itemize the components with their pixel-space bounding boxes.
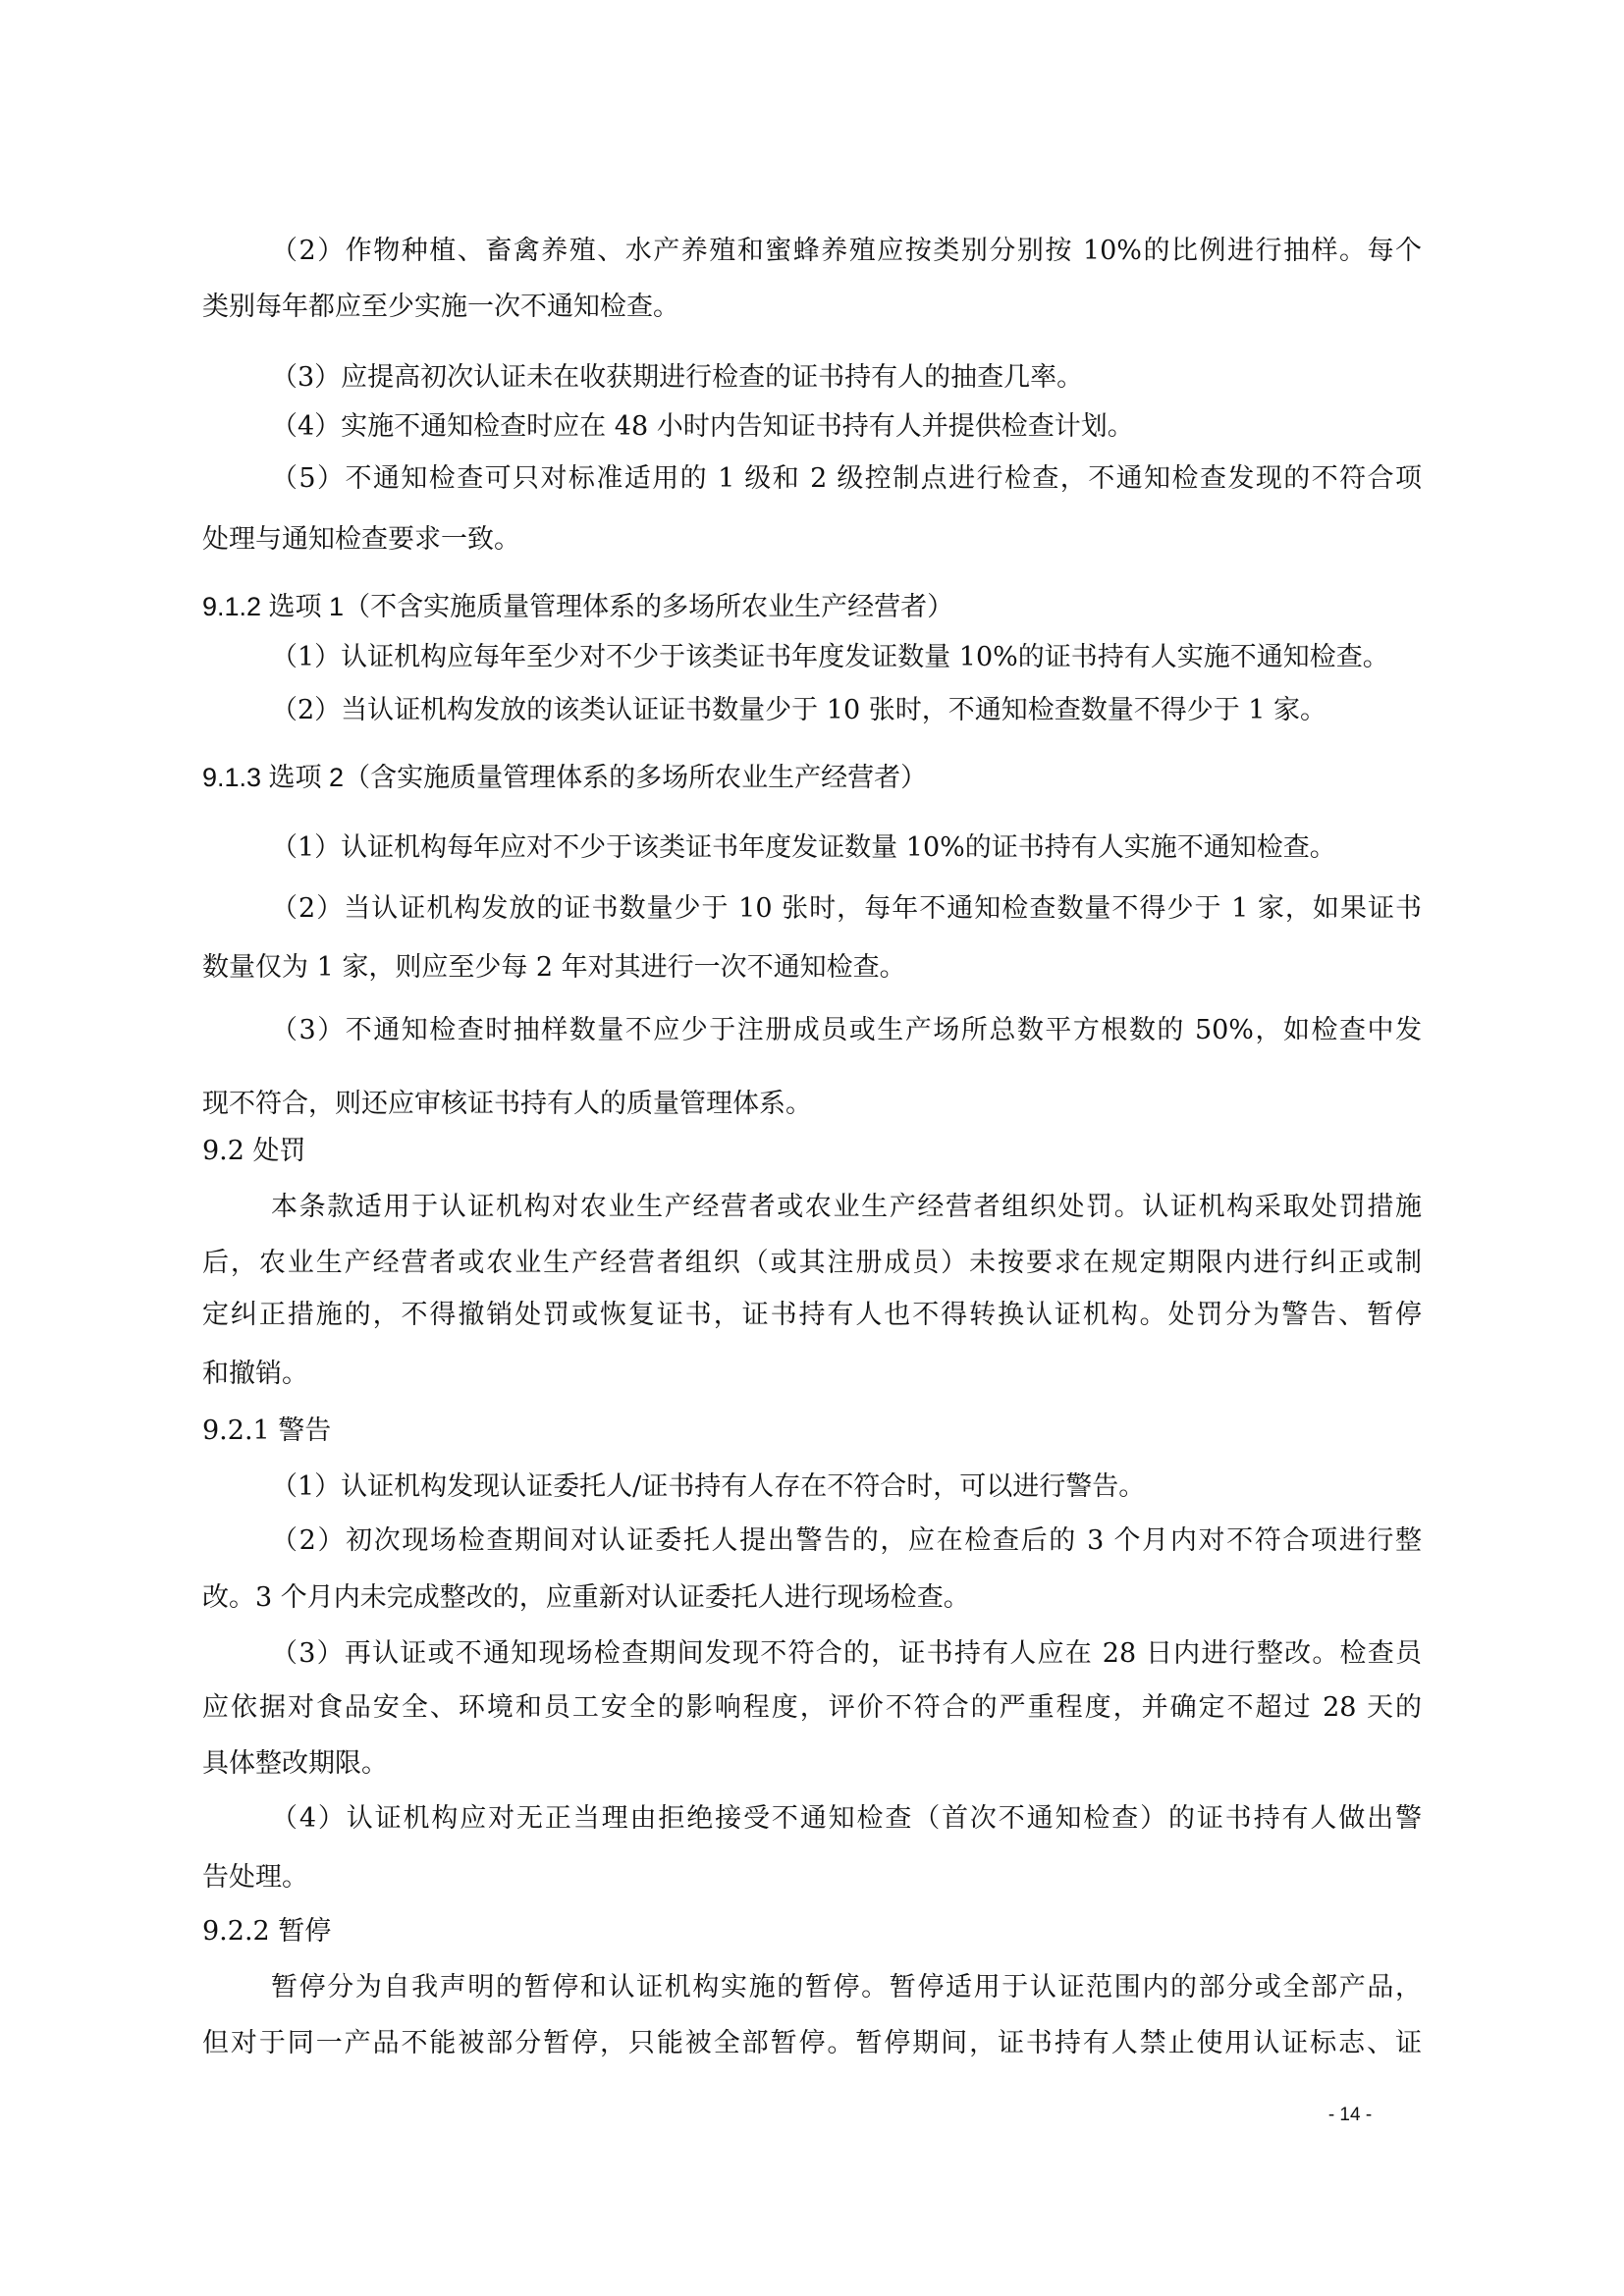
section-heading-9-2-1: 9.2.1 警告: [202, 1414, 1422, 1449]
paragraph-line: （2）初次现场检查期间对认证委托人提出警告的，应在检查后的 3 个月内对不符合项…: [271, 1523, 1422, 1559]
paragraph-line: （3）不通知检查时抽样数量不应少于注册成员或生产场所总数平方根数的 50%，如检…: [271, 1013, 1422, 1048]
paragraph-line: 现不符合，则还应审核证书持有人的质量管理体系。: [202, 1087, 1422, 1122]
paragraph-line: 但对于同一产品不能被部分暂停，只能被全部暂停。暂停期间，证书持有人禁止使用认证标…: [202, 2026, 1422, 2061]
paragraph-line: （2）当认证机构发放的该类认证证书数量少于 10 张时，不通知检查数量不得少于 …: [271, 693, 1422, 728]
paragraph-line: （3）再认证或不通知现场检查期间发现不符合的，证书持有人应在 28 日内进行整改…: [271, 1636, 1422, 1672]
paragraph-line: （5）不通知检查可只对标准适用的 1 级和 2 级控制点进行检查，不通知检查发现…: [271, 461, 1422, 497]
document-page: （2）作物种植、畜禽养殖、水产养殖和蜜蜂养殖应按类别分别按 10%的比例进行抽样…: [0, 0, 1624, 2296]
paragraph-line: 定纠正措施的，不得撤销处罚或恢复证书，证书持有人也不得转换认证机构。处罚分为警告…: [202, 1298, 1422, 1333]
paragraph-line: （1）认证机构应每年至少对不少于该类证书年度发证数量 10%的证书持有人实施不通…: [271, 640, 1422, 675]
paragraph-line: 后，农业生产经营者或农业生产经营者组织（或其注册成员）未按要求在规定期限内进行纠…: [202, 1246, 1422, 1281]
section-heading-9-1-3: 9.1.3 选项 2（含实施质量管理体系的多场所农业生产经营者）: [202, 760, 1422, 795]
paragraph-line: 本条款适用于认证机构对农业生产经营者或农业生产经营者组织处罚。认证机构采取处罚措…: [271, 1190, 1422, 1225]
paragraph-line: 具体整改期限。: [202, 1746, 1422, 1782]
paragraph-line: 和撤销。: [202, 1357, 1422, 1392]
paragraph-line: 类别每年都应至少实施一次不通知检查。: [202, 290, 1422, 325]
page-number: - 14 -: [1316, 2103, 1384, 2128]
paragraph-line: 暂停分为自我声明的暂停和认证机构实施的暂停。暂停适用于认证范围内的部分或全部产品…: [271, 1970, 1422, 2005]
paragraph-line: （2）当认证机构发放的证书数量少于 10 张时，每年不通知检查数量不得少于 1 …: [271, 891, 1422, 927]
paragraph-line: （1）认证机构发现认证委托人/证书持有人存在不符合时，可以进行警告。: [271, 1469, 1422, 1505]
paragraph-line: （1）认证机构每年应对不少于该类证书年度发证数量 10%的证书持有人实施不通知检…: [271, 830, 1422, 866]
section-heading-9-2-2: 9.2.2 暂停: [202, 1914, 1422, 1949]
paragraph-line: （2）作物种植、畜禽养殖、水产养殖和蜜蜂养殖应按类别分别按 10%的比例进行抽样…: [271, 234, 1422, 269]
paragraph-line: 数量仅为 1 家，则应至少每 2 年对其进行一次不通知检查。: [202, 950, 1422, 986]
paragraph-line: 改。3 个月内未完成整改的，应重新对认证委托人进行现场检查。: [202, 1580, 1422, 1616]
paragraph-line: 应依据对食品安全、环境和员工安全的影响程度，评价不符合的严重程度，并确定不超过 …: [202, 1690, 1422, 1726]
section-heading-9-1-2: 9.1.2 选项 1（不含实施质量管理体系的多场所农业生产经营者）: [202, 589, 1422, 624]
paragraph-line: （4）认证机构应对无正当理由拒绝接受不通知检查（首次不通知检查）的证书持有人做出…: [271, 1801, 1422, 1837]
paragraph-line: （3）应提高初次认证未在收获期进行检查的证书持有人的抽查几率。: [271, 360, 1422, 396]
paragraph-line: 告处理。: [202, 1860, 1422, 1896]
paragraph-line: （4）实施不通知检查时应在 48 小时内告知证书持有人并提供检查计划。: [271, 409, 1422, 445]
paragraph-line: 处理与通知检查要求一致。: [202, 522, 1422, 558]
section-heading-9-2: 9.2 处罚: [202, 1134, 1422, 1169]
